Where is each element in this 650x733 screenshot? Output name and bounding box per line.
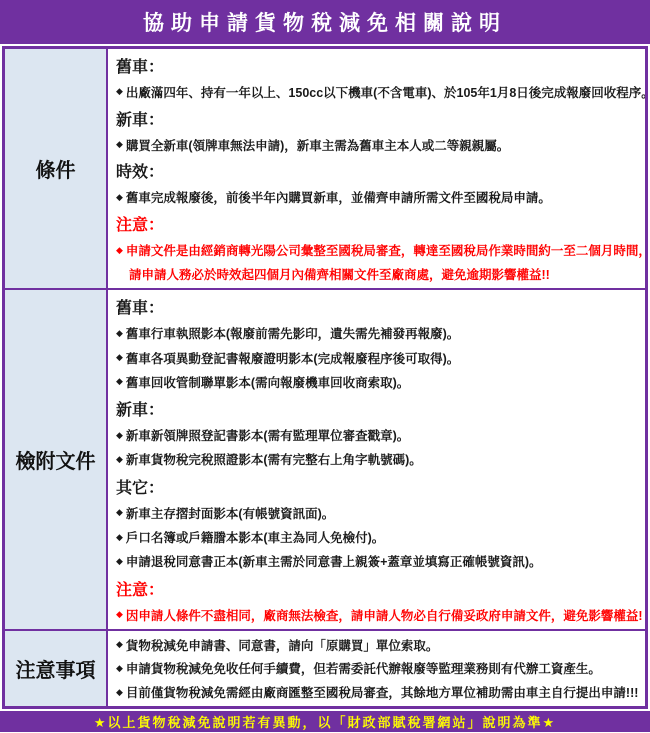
info-table: 條件 舊車： ◆出廠滿四年、持有一年以上、150cc以下機車(不含電車)、於10… bbox=[2, 46, 648, 709]
section-heading: 時效： bbox=[116, 159, 643, 182]
notice-heading: 注意： bbox=[116, 577, 643, 600]
bullet-item: ◆購買全新車(領牌車無法申請)，新車主需為舊車主本人或二等親親屬。 bbox=[116, 136, 643, 154]
footer-note: ★以上貨物稅減免說明若有異動，以「財政部賦稅署網站」說明為準★ bbox=[0, 711, 650, 732]
table-row-documents: 檢附文件 舊車： ◆舊車行車執照影本(報廢前需先影印，遺失需先補發再報廢)。 ◆… bbox=[5, 288, 645, 629]
bullet-text: 出廠滿四年、持有一年以上、150cc以下機車(不含電車)、於105年1月8日後完… bbox=[126, 83, 645, 101]
diamond-bullet-icon: ◆ bbox=[116, 663, 123, 674]
bullet-item: ◆申請貨物稅減免免收任何手續費，但若需委託代辦報廢等監理業務則有代辦工資產生。 bbox=[116, 659, 643, 677]
table-row-notes: 注意事項 ◆貨物稅減免申請書、同意書，請向「原購買」單位索取。 ◆申請貨物稅減免… bbox=[5, 629, 645, 706]
bullet-item: ◆舊車回收管制聯單影本(需向報廢機車回收商索取)。 bbox=[116, 373, 643, 391]
diamond-bullet-icon: ◆ bbox=[116, 328, 123, 339]
heading-text: 其它： bbox=[116, 475, 164, 498]
bullet-item: ◆目前僅貨物稅減免需經由廠商匯整至國稅局審查，其餘地方單位補助需由車主自行提出申… bbox=[116, 683, 643, 701]
heading-text: 舊車： bbox=[116, 54, 164, 77]
heading-text: 舊車： bbox=[116, 295, 164, 318]
diamond-bullet-icon: ◆ bbox=[116, 532, 123, 543]
section-heading: 新車： bbox=[116, 397, 643, 420]
bullet-item: ◆舊車完成報廢後，前後半年內購買新車，並備齊申請所需文件至國稅局申請。 bbox=[116, 188, 643, 206]
section-heading: 舊車： bbox=[116, 54, 643, 77]
diamond-bullet-icon: ◆ bbox=[116, 556, 123, 567]
bullet-item: ◆申請退稅同意書正本(新車主需於同意書上親簽+蓋章並填寫正確帳號資訊)。 bbox=[116, 552, 643, 570]
notice-text: 因申請人條件不盡相同，廠商無法檢查，請申請人物必自行備妥政府申請文件，避免影響權… bbox=[126, 606, 643, 624]
notes-content: ◆貨物稅減免申請書、同意書，請向「原購買」單位索取。 ◆申請貨物稅減免免收任何手… bbox=[108, 631, 645, 706]
bullet-text: 貨物稅減免申請書、同意書，請向「原購買」單位索取。 bbox=[126, 636, 439, 654]
diamond-bullet-icon: ◆ bbox=[116, 192, 123, 203]
diamond-bullet-icon: ◆ bbox=[116, 454, 123, 465]
notice-item: ◆因申請人條件不盡相同，廠商無法檢查，請申請人物必自行備妥政府申請文件，避免影響… bbox=[116, 606, 643, 624]
bullet-item: ◆舊車各項異動登記書報廢證明影本(完成報廢程序後可取得)。 bbox=[116, 349, 643, 367]
diamond-bullet-icon: ◆ bbox=[116, 376, 123, 387]
row-label-notes: 注意事項 bbox=[5, 631, 108, 706]
diamond-bullet-icon: ◆ bbox=[116, 352, 123, 363]
heading-text: 注意： bbox=[116, 577, 164, 600]
bullet-text: 舊車各項異動登記書報廢證明影本(完成報廢程序後可取得)。 bbox=[126, 349, 459, 367]
table-row-conditions: 條件 舊車： ◆出廠滿四年、持有一年以上、150cc以下機車(不含電車)、於10… bbox=[5, 49, 645, 288]
heading-text: 新車： bbox=[116, 107, 164, 130]
section-heading: 其它： bbox=[116, 475, 643, 498]
bullet-item: ◆新車新領牌照登記書影本(需有監理單位審查戳章)。 bbox=[116, 426, 643, 444]
section-heading: 新車： bbox=[116, 107, 643, 130]
diamond-bullet-icon: ◆ bbox=[116, 687, 123, 698]
diamond-bullet-icon: ◆ bbox=[116, 507, 123, 518]
bullet-text: 舊車完成報廢後，前後半年內購買新車，並備齊申請所需文件至國稅局申請。 bbox=[126, 188, 551, 206]
notice-heading: 注意： bbox=[116, 212, 643, 235]
bullet-item: ◆貨物稅減免申請書、同意書，請向「原購買」單位索取。 bbox=[116, 636, 643, 654]
bullet-text: 購買全新車(領牌車無法申請)，新車主需為舊車主本人或二等親親屬。 bbox=[126, 136, 509, 154]
diamond-bullet-icon: ◆ bbox=[116, 639, 123, 650]
bullet-item: ◆舊車行車執照影本(報廢前需先影印，遺失需先補發再報廢)。 bbox=[116, 324, 643, 342]
row-label-conditions: 條件 bbox=[5, 49, 108, 288]
notice-text: 請申請人務必於時效起四個月內備齊相關文件至廠商處，避免逾期影響權益!! bbox=[129, 265, 550, 283]
heading-text: 注意： bbox=[116, 212, 164, 235]
diamond-bullet-icon: ◆ bbox=[116, 245, 123, 256]
notice-item: ◆申請文件是由經銷商轉光陽公司彙整至國稅局審查，轉達至國稅局作業時間約一至二個月… bbox=[116, 241, 643, 259]
diamond-bullet-icon: ◆ bbox=[116, 139, 123, 150]
bullet-text: 舊車行車執照影本(報廢前需先影印，遺失需先補發再報廢)。 bbox=[126, 324, 459, 342]
bullet-text: 舊車回收管制聯單影本(需向報廢機車回收商索取)。 bbox=[126, 373, 409, 391]
notice-text: 申請文件是由經銷商轉光陽公司彙整至國稅局審查，轉達至國稅局作業時間約一至二個月時… bbox=[126, 241, 645, 259]
heading-text: 新車： bbox=[116, 397, 164, 420]
bullet-text: 申請退稅同意書正本(新車主需於同意書上親簽+蓋章並填寫正確帳號資訊)。 bbox=[126, 552, 542, 570]
section-heading: 舊車： bbox=[116, 295, 643, 318]
bullet-text: 新車主存摺封面影本(有帳號資訊面)。 bbox=[126, 504, 334, 522]
diamond-bullet-icon: ◆ bbox=[116, 86, 123, 97]
diamond-bullet-icon: ◆ bbox=[116, 609, 123, 620]
conditions-content: 舊車： ◆出廠滿四年、持有一年以上、150cc以下機車(不含電車)、於105年1… bbox=[108, 49, 645, 288]
page-title: 協助申請貨物稅減免相關說明 bbox=[0, 0, 650, 44]
bullet-text: 新車新領牌照登記書影本(需有監理單位審查戳章)。 bbox=[126, 426, 409, 444]
bullet-item: ◆新車貨物稅完稅照證影本(需有完整右上角字軌號碼)。 bbox=[116, 450, 643, 468]
bullet-text: 目前僅貨物稅減免需經由廠商匯整至國稅局審查，其餘地方單位補助需由車主自行提出申請… bbox=[126, 683, 639, 701]
bullet-text: 戶口名簿或戶籍謄本影本(車主為同人免檢付)。 bbox=[126, 528, 384, 546]
row-label-documents: 檢附文件 bbox=[5, 290, 108, 629]
bullet-text: 新車貨物稅完稅照證影本(需有完整右上角字軌號碼)。 bbox=[126, 450, 422, 468]
heading-text: 時效： bbox=[116, 159, 164, 182]
notice-item-continued: 請申請人務必於時效起四個月內備齊相關文件至廠商處，避免逾期影響權益!! bbox=[116, 265, 643, 283]
diamond-bullet-icon: ◆ bbox=[116, 430, 123, 441]
bullet-item: ◆戶口名簿或戶籍謄本影本(車主為同人免檢付)。 bbox=[116, 528, 643, 546]
documents-content: 舊車： ◆舊車行車執照影本(報廢前需先影印，遺失需先補發再報廢)。 ◆舊車各項異… bbox=[108, 290, 645, 629]
bullet-item: ◆新車主存摺封面影本(有帳號資訊面)。 bbox=[116, 504, 643, 522]
bullet-item: ◆出廠滿四年、持有一年以上、150cc以下機車(不含電車)、於105年1月8日後… bbox=[116, 83, 643, 101]
bullet-text: 申請貨物稅減免免收任何手續費，但若需委託代辦報廢等監理業務則有代辦工資產生。 bbox=[126, 659, 601, 677]
